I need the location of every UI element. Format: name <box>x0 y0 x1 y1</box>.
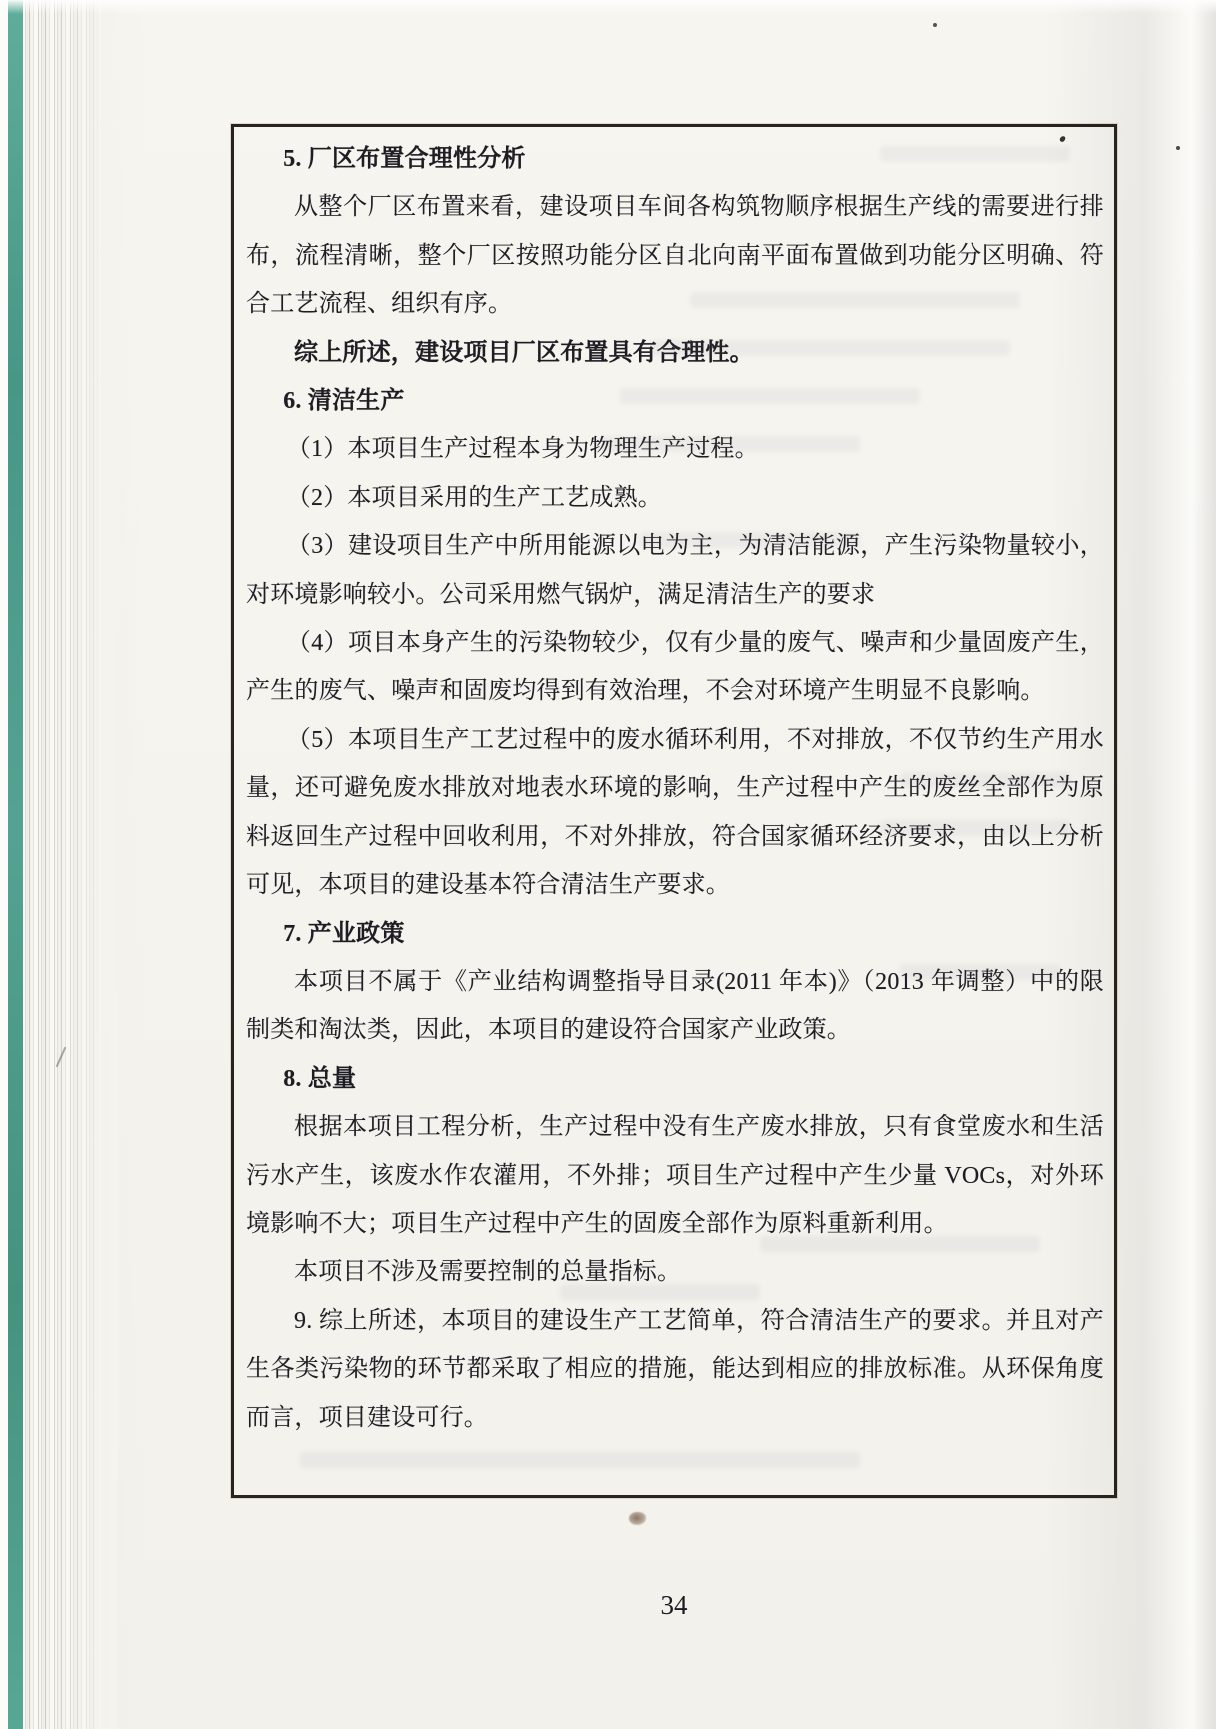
bleed-through-ghost <box>650 340 1010 356</box>
bleed-through-ghost <box>760 1236 1040 1252</box>
section-heading-7: 7. 产业政策 <box>246 910 1104 958</box>
list-item-4: （4）项目本身产生的污染物较少，仅有少量的废气、噪声和少量固废产生，产生的废气、… <box>246 619 1104 716</box>
bleed-through-ghost <box>900 964 1060 980</box>
scan-smudge <box>629 1512 646 1525</box>
book-page-edge-white <box>0 0 8 1729</box>
bleed-through-ghost <box>300 1452 860 1468</box>
paragraph: 9. 综上所述，本项目的建设生产工艺简单，符合清洁生产的要求。并且对产生各类污染… <box>246 1297 1104 1442</box>
page-edge-fade <box>23 0 118 1729</box>
bleed-through-ghost <box>600 436 860 452</box>
bleed-through-ghost <box>690 292 1020 308</box>
bleed-through-ghost <box>640 532 860 548</box>
list-item-5: （5）本项目生产工艺过程中的废水循环利用，不对排放，不仅节约生产用水量，还可避免… <box>246 716 1104 910</box>
bleed-through-ghost <box>620 388 920 404</box>
page-number: 34 <box>231 1590 1117 1621</box>
bleed-through-ghost <box>880 820 1070 836</box>
book-cover-teal-strip <box>8 0 23 1729</box>
list-item-2: （2）本项目采用的生产工艺成熟。 <box>246 474 1104 522</box>
page-top-highlight <box>0 0 1216 14</box>
paragraph: 根据本项目工程分析，生产过程中没有生产废水排放，只有食堂废水和生活污水产生，该废… <box>246 1103 1104 1248</box>
bleed-through-ghost <box>900 772 1070 788</box>
section-heading-8: 8. 总量 <box>246 1055 1104 1103</box>
scan-speck <box>1176 146 1180 150</box>
bleed-through-ghost <box>560 1284 760 1300</box>
scan-speck <box>933 23 937 27</box>
bleed-through-ghost <box>880 146 1070 162</box>
